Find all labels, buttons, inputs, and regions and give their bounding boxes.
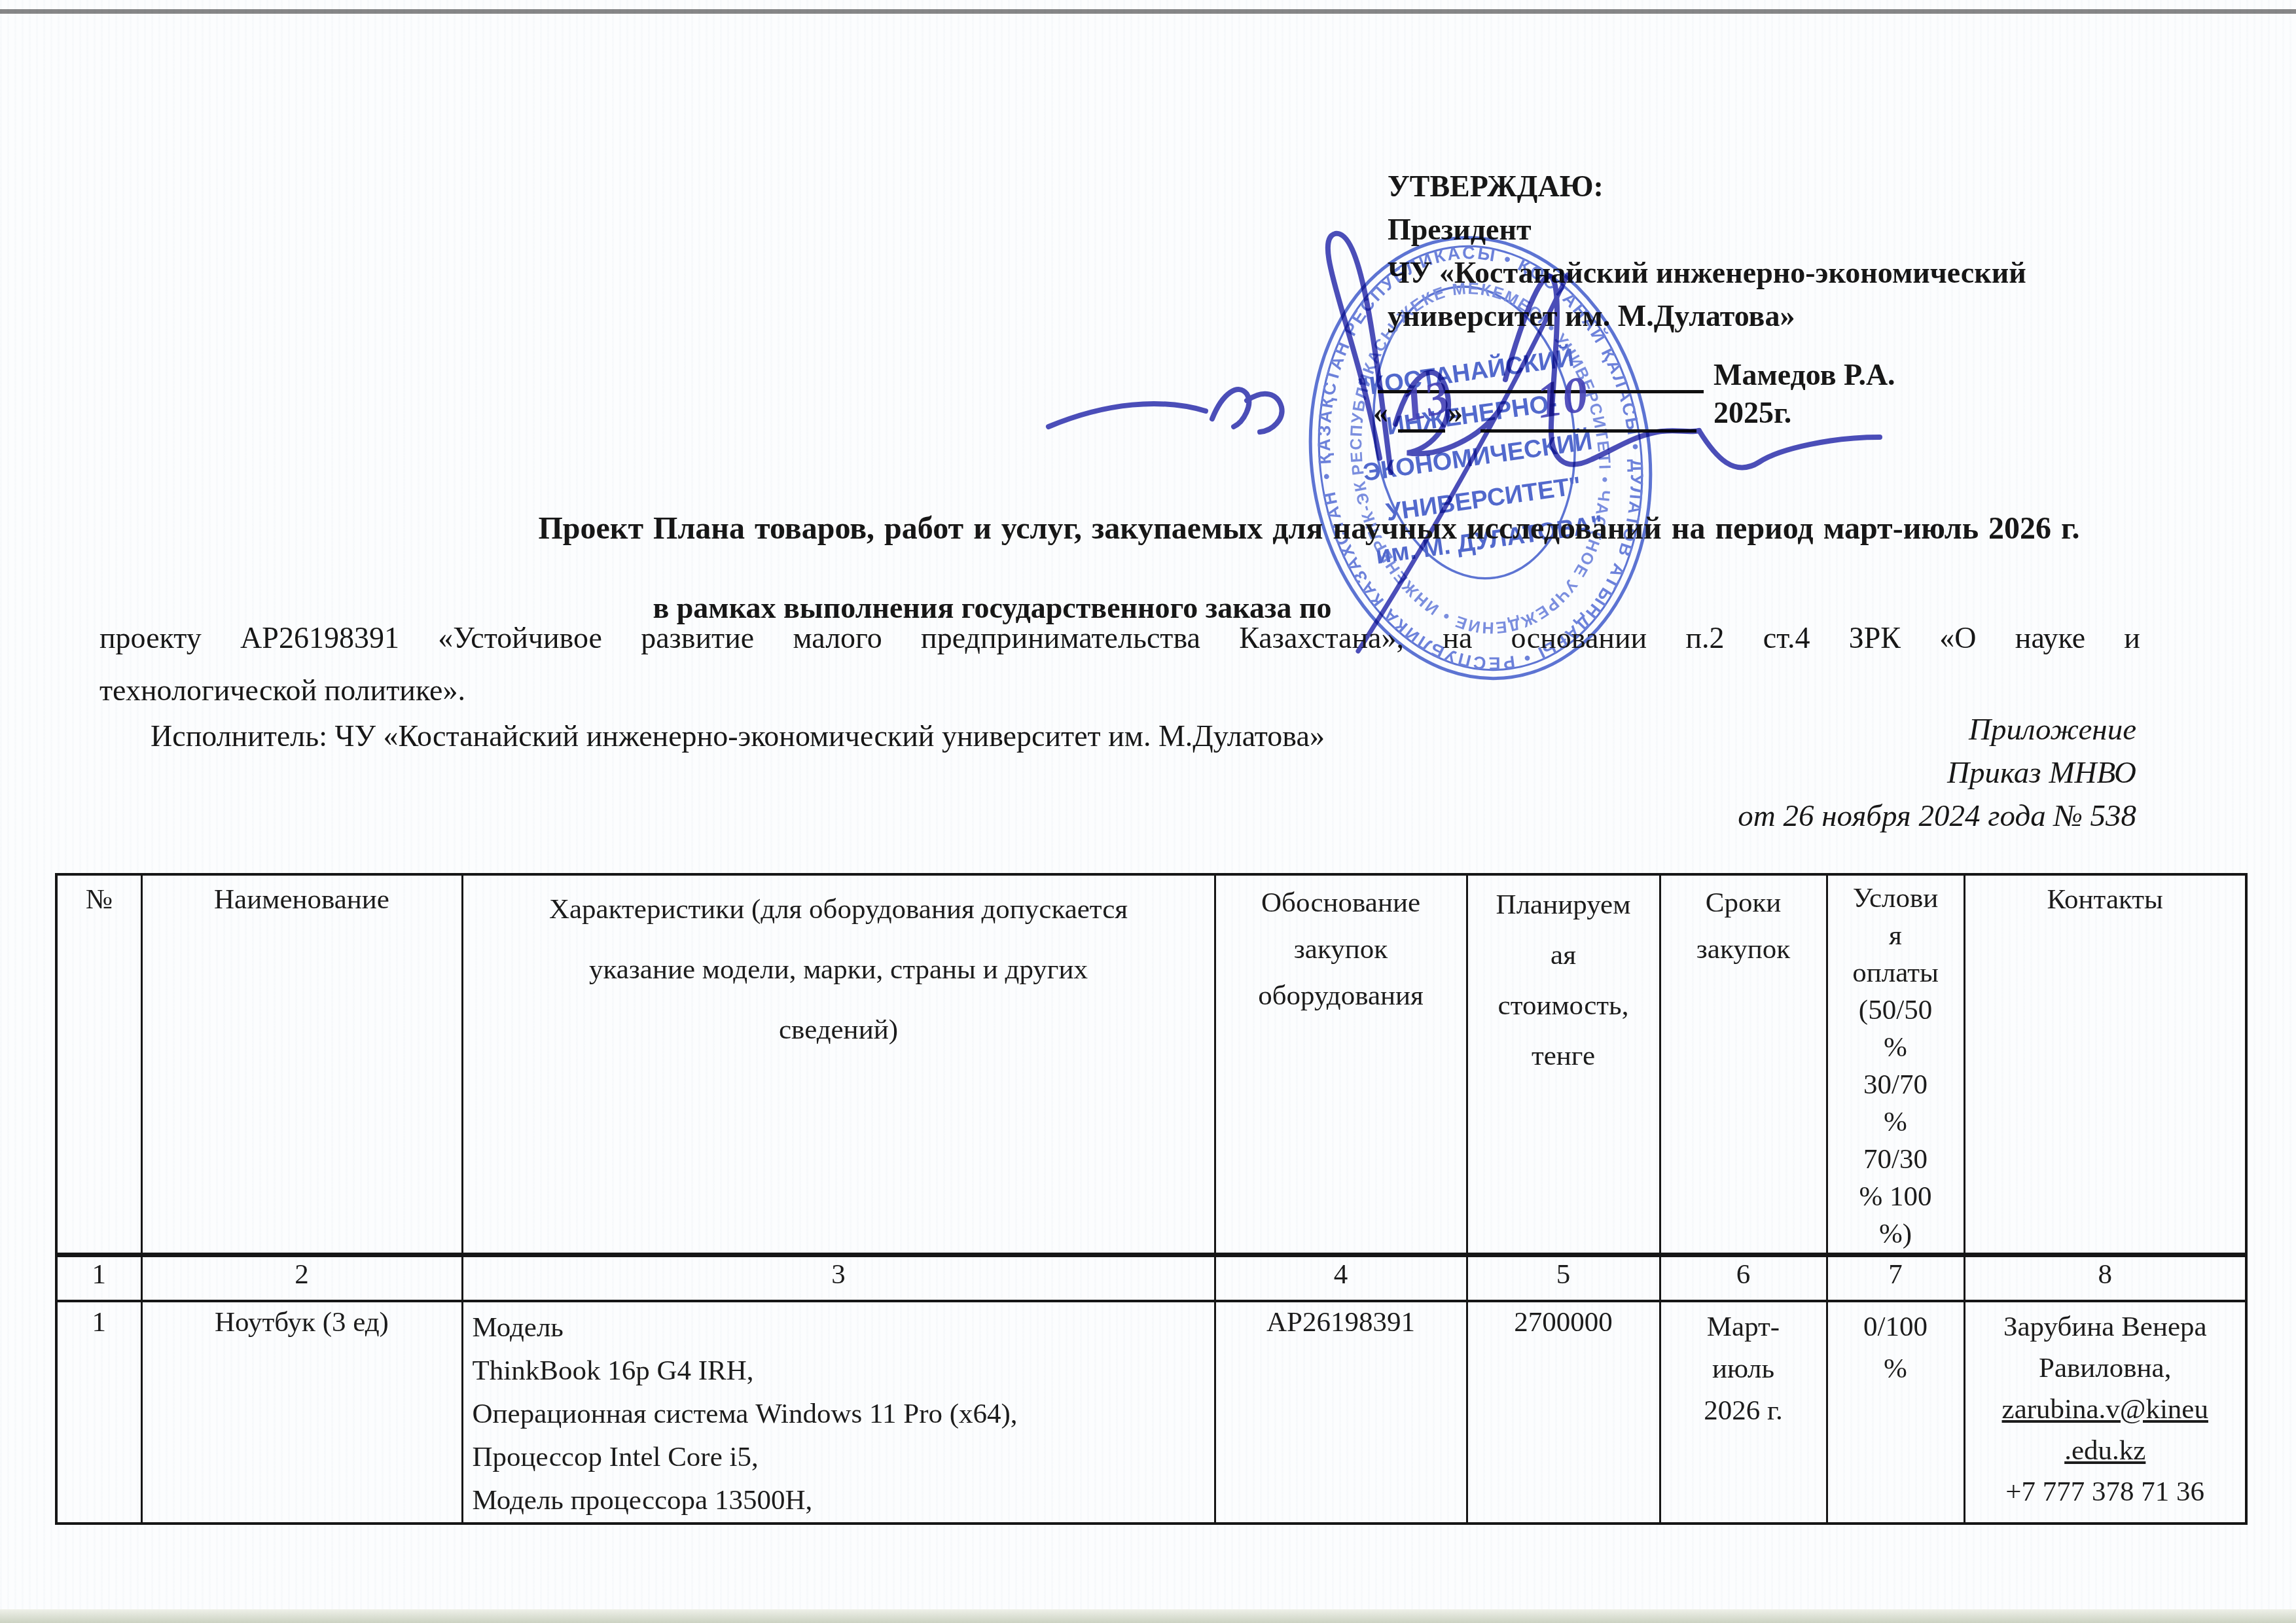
table-header-row: № Наименование Характеристики (для обору… bbox=[56, 874, 2246, 1255]
col-header-justification: Обоснование закупок оборудования bbox=[1215, 874, 1467, 1255]
executor-line: Исполнитель: ЧУ «Костанайский инженерно-… bbox=[151, 719, 1325, 753]
column-number: 7 bbox=[1827, 1255, 1964, 1301]
col-header-contacts: Контакты bbox=[1964, 874, 2246, 1255]
column-number: 3 bbox=[462, 1255, 1215, 1301]
contacts-cell: Зарубина Венера Равиловна, zarubina.v@ki… bbox=[1964, 1301, 2246, 1524]
row-num-cell: 1 bbox=[56, 1301, 141, 1524]
annex-line2: Приказ МНВО bbox=[1479, 751, 2136, 794]
col-header-cost: Планируем ая стоимость, тенге bbox=[1467, 874, 1660, 1255]
column-number: 6 bbox=[1660, 1255, 1827, 1301]
contact-name: Зарубина Венера Равиловна, bbox=[1968, 1306, 2243, 1389]
col-header-payment: Услови я оплаты (50/50 % 30/70 % 70/30 %… bbox=[1827, 874, 1964, 1255]
column-number: 4 bbox=[1215, 1255, 1467, 1301]
signature-stroke-hook bbox=[1699, 431, 1880, 468]
column-number: 5 bbox=[1467, 1255, 1660, 1301]
col-header-period: Сроки закупок bbox=[1660, 874, 1827, 1255]
contact-phone: +7 777 378 71 36 bbox=[1968, 1471, 2243, 1512]
signature-stroke-tail bbox=[1505, 276, 1699, 464]
contact-email-link[interactable]: zarubina.v@kineu .edu.kz bbox=[1968, 1389, 2243, 1471]
column-number: 2 bbox=[141, 1255, 462, 1301]
approval-heading: УТВЕРЖДАЮ: bbox=[1388, 165, 2265, 208]
signature-stroke-flourish bbox=[1049, 404, 1206, 427]
period-cell: Март- июль 2026 г. bbox=[1660, 1301, 1827, 1524]
col-header-num: № bbox=[56, 874, 141, 1255]
body-paragraph-line2: технологической политике». bbox=[99, 673, 465, 707]
cost-cell: 2700000 bbox=[1467, 1301, 1660, 1524]
scan-artifact-top-line bbox=[0, 9, 2296, 14]
annex-line3: от 26 ноября 2024 года № 538 bbox=[1479, 794, 2136, 838]
col-header-characteristics: Характеристики (для оборудования допуска… bbox=[462, 874, 1215, 1255]
column-number: 8 bbox=[1964, 1255, 2246, 1301]
item-name-cell: Ноутбук (3 ед) bbox=[141, 1301, 462, 1524]
payment-cell: 0/100 % bbox=[1827, 1301, 1964, 1524]
column-number: 1 bbox=[56, 1255, 141, 1301]
annex-line1: Приложение bbox=[1479, 708, 2136, 751]
scan-artifact-bottom-strip bbox=[0, 1609, 2296, 1623]
procurement-table: № Наименование Характеристики (для обору… bbox=[55, 873, 2248, 1525]
signature-stroke-initials bbox=[1212, 389, 1282, 432]
justification-cell: АР26198391 bbox=[1215, 1301, 1467, 1524]
annex-block: Приложение Приказ МНВО от 26 ноября 2024… bbox=[1479, 708, 2136, 838]
table-row: 1 Ноутбук (3 ед) Модель ThinkBook 16p G4… bbox=[56, 1301, 2246, 1524]
document-title: Проект Плана товаров, работ и услуг, зак… bbox=[340, 510, 2278, 546]
col-header-name: Наименование bbox=[141, 874, 462, 1255]
characteristics-cell: Модель ThinkBook 16p G4 IRH, Операционна… bbox=[462, 1301, 1215, 1524]
scanned-document-page: УТВЕРЖДАЮ: Президент ЧУ «Костанайский ин… bbox=[0, 0, 2296, 1623]
column-number-row: 1 2 3 4 5 6 7 8 bbox=[56, 1255, 2246, 1301]
signature-stroke-loop bbox=[1328, 234, 1391, 473]
body-paragraph-line1: проекту АР26198391 «Устойчивое развитие … bbox=[99, 620, 2140, 655]
